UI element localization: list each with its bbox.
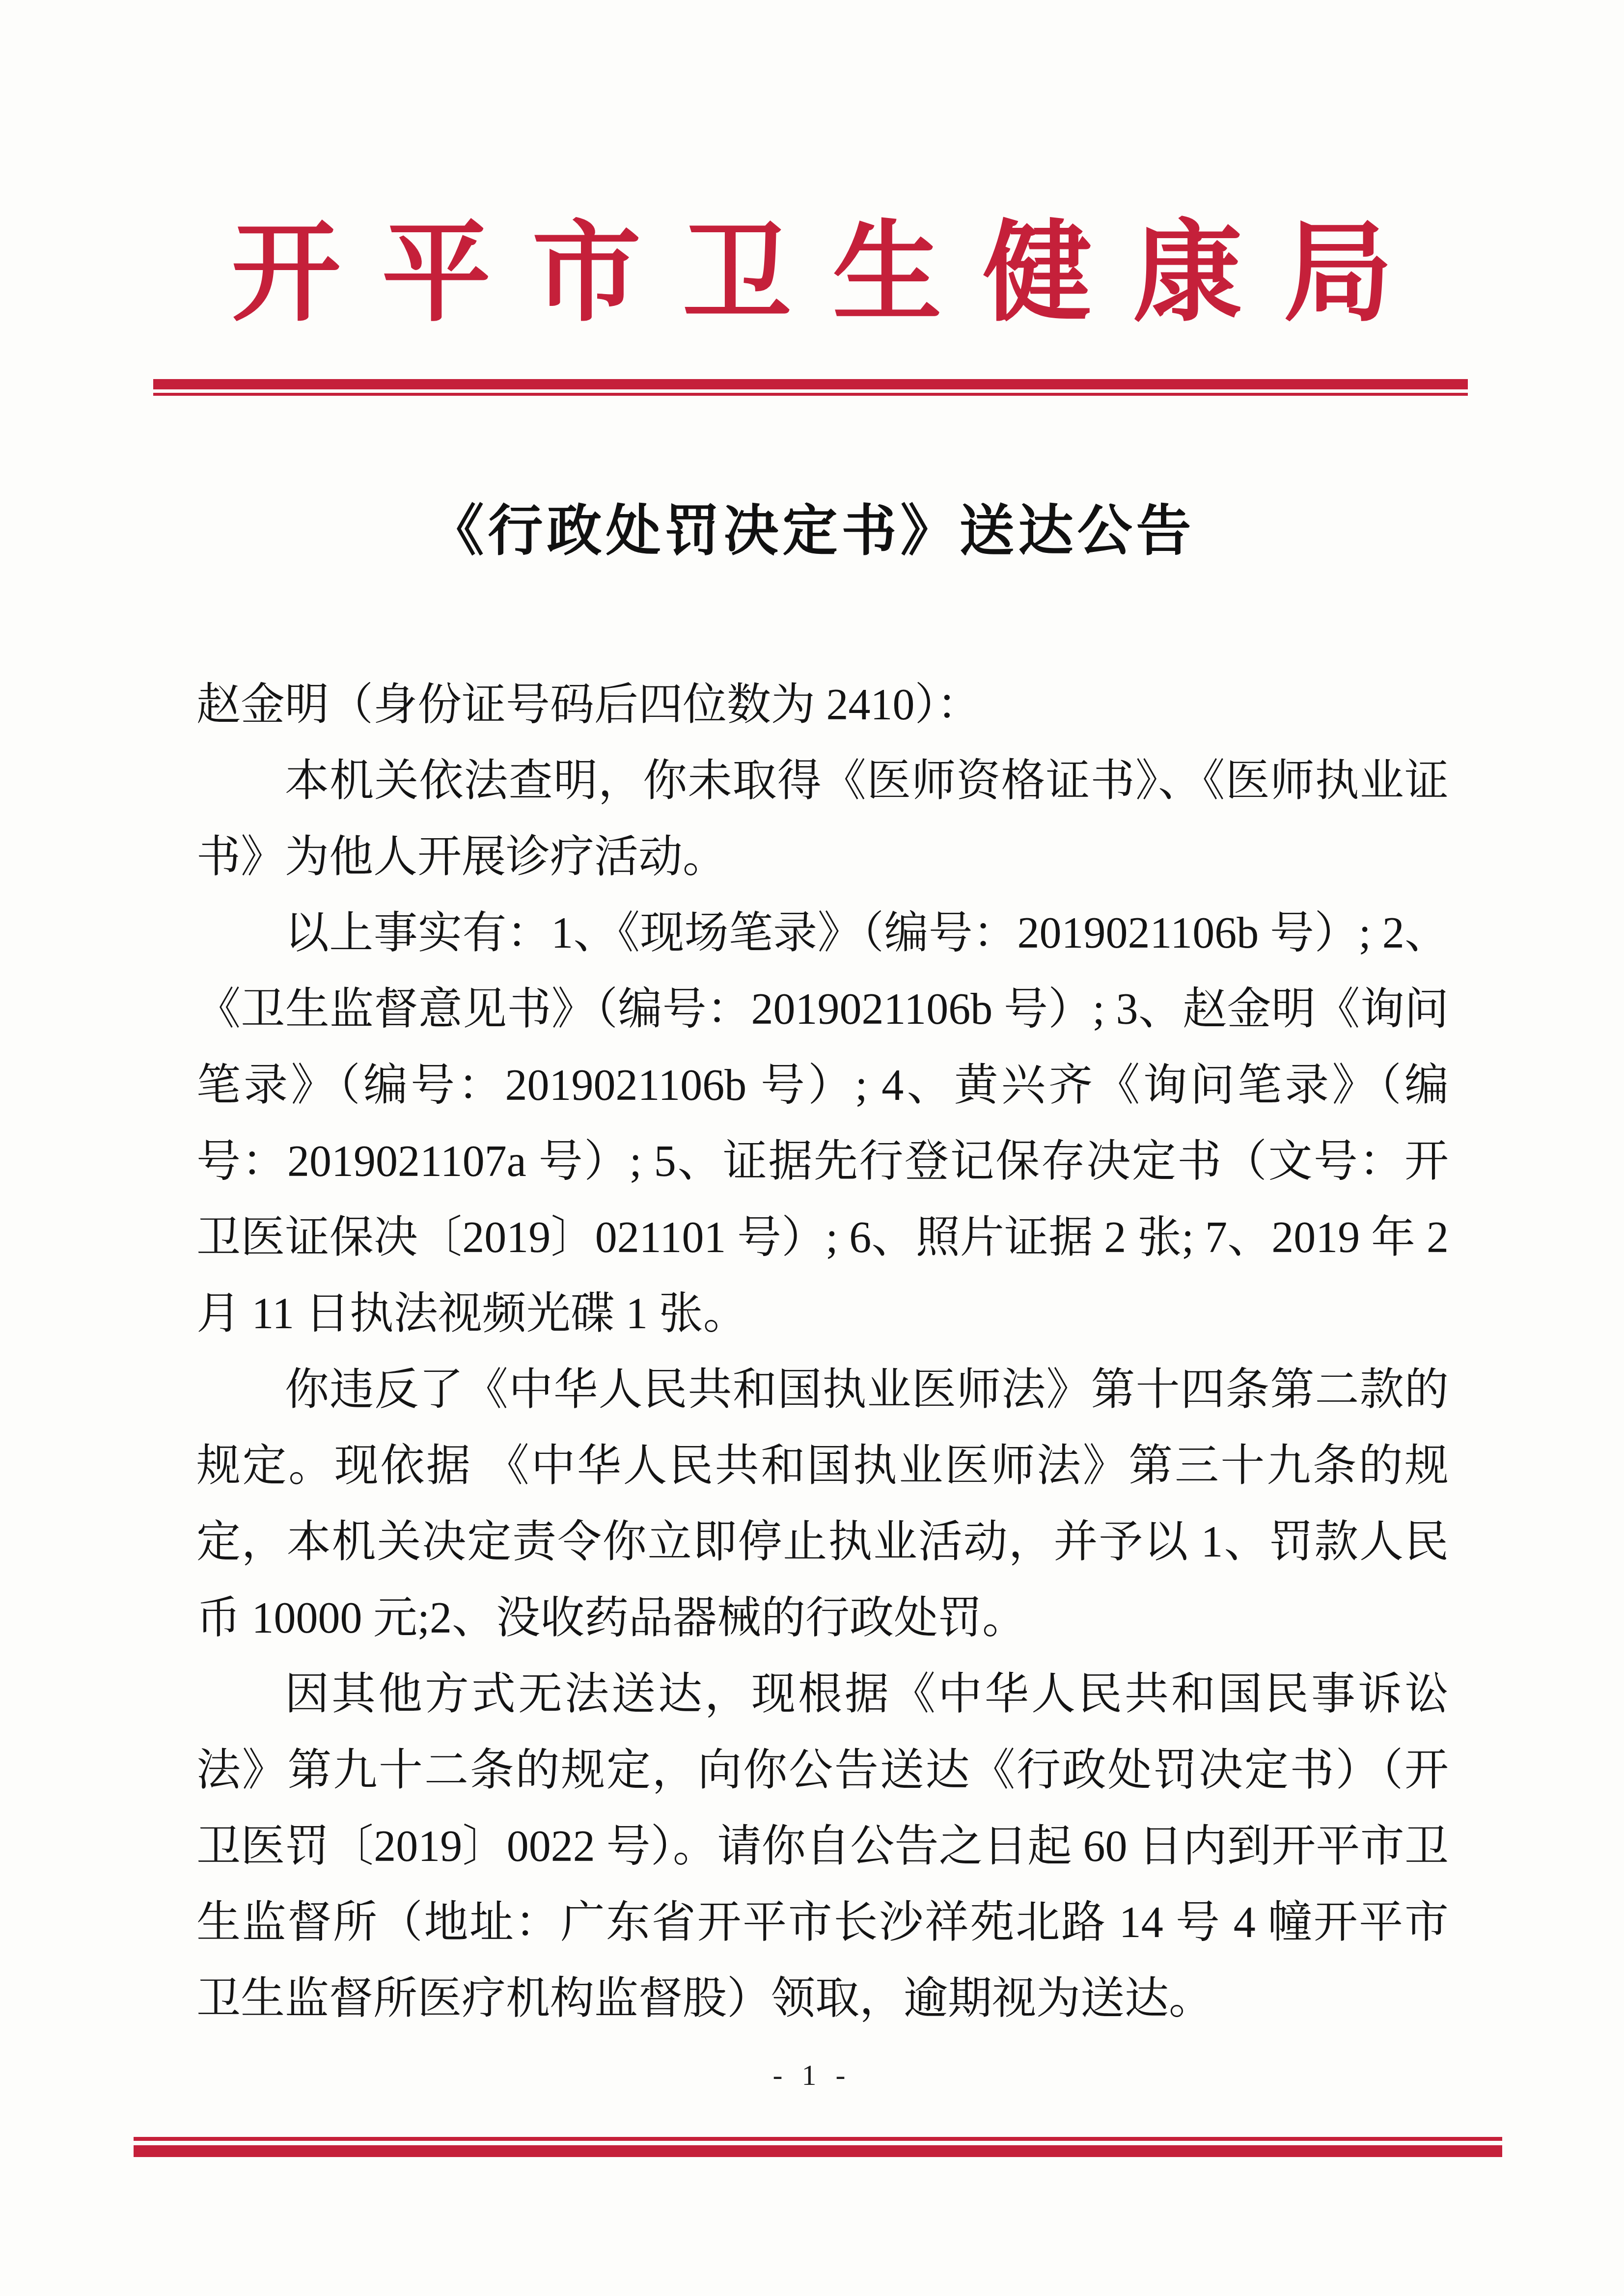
document-title-row: 《行政处罚决定书》送达公告 [0,487,1624,566]
body-paragraph-salutation: 赵金明（身份证号码后四位数为 2410）： [196,667,1449,743]
footer-rule-thick [134,2145,1502,2157]
agency-name: 开平市卫生健康局 [191,206,1434,343]
footer-double-rule [134,2137,1502,2157]
header-rule-thick [153,379,1468,389]
page-number: - 1 - [0,2058,1624,2092]
body-paragraph-penalty-decision: 你违反了《中华人民共和国执业医师法》第十四条第二款的规定。现依据 《中华人民共和… [196,1352,1449,1656]
footer-rule-thin [134,2137,1502,2141]
masthead: 开平市卫生健康局 [0,206,1624,343]
document-body: 赵金明（身份证号码后四位数为 2410）： 本机关依法查明，你未取得《医师资格证… [196,667,1449,2037]
body-paragraph-findings: 本机关依法查明，你未取得《医师资格证书》、《医师执业证书》为他人开展诊疗活动。 [196,743,1449,895]
header-rule-thin [153,393,1468,396]
header-double-rule [153,379,1468,396]
document-page: 开平市卫生健康局 《行政处罚决定书》送达公告 赵金明（身份证号码后四位数为 24… [0,0,1624,2296]
body-paragraph-evidence-list: 以上事实有：1、《现场笔录》（编号：2019021106b 号）; 2、《卫生监… [196,895,1449,1352]
body-paragraph-service-notice: 因其他方式无法送达，现根据《中华人民共和国民事诉讼法》第九十二条的规定，向你公告… [196,1656,1449,2037]
document-title: 《行政处罚决定书》送达公告 [429,501,1195,562]
